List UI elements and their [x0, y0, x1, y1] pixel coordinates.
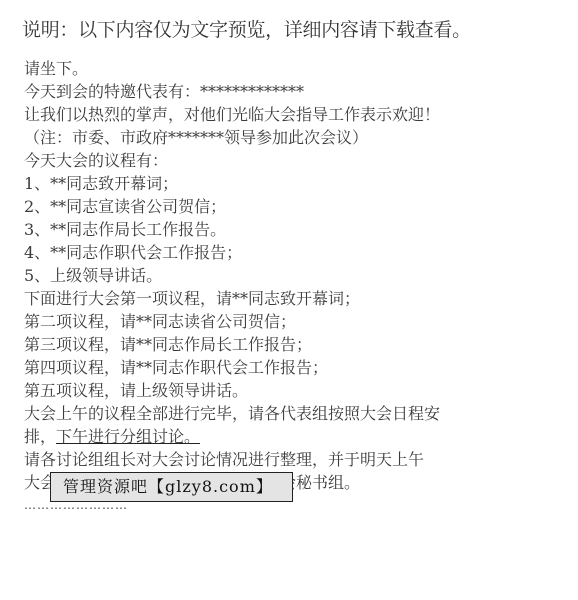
- agenda-item: 1、**同志致开幕词；: [24, 172, 554, 195]
- doc-line: 第三项议程，请**同志作局长工作报告；: [24, 333, 554, 356]
- doc-line: 请坐下。: [24, 57, 554, 80]
- doc-line: 下面进行大会第一项议程，请**同志致开幕词；: [24, 287, 554, 310]
- preview-notice: 说明：以下内容仅为文字预览，详细内容请下载查看。: [22, 16, 471, 44]
- agenda-item: 4、**同志作职代会工作报告；: [24, 241, 554, 264]
- agenda-item: 2、**同志宣读省公司贺信；: [24, 195, 554, 218]
- doc-line: 今天大会的议程有：: [24, 149, 554, 172]
- doc-line: 排，下午进行分组讨论。: [24, 425, 554, 448]
- doc-line: 让我们以热烈的掌声，对他们光临大会指导工作表示欢迎！: [24, 103, 554, 126]
- doc-line: 今天到会的特邀代表有：*************: [24, 80, 554, 103]
- doc-line-underlined: 下午进行分组讨论。: [56, 427, 200, 446]
- doc-line: （注：市委、市政府*******领导参加此次会议）: [24, 126, 554, 149]
- doc-line: 第五项议程，请上级领导讲话。: [24, 379, 554, 402]
- doc-line-prefix: 排，: [24, 427, 56, 446]
- doc-line: 请各讨论组组长对大会讨论情况进行整理，并于明天上午: [24, 448, 554, 471]
- doc-line: 大会上午的议程全部进行完毕，请各代表组按照大会日程安: [24, 402, 554, 425]
- watermark-banner: 管理资源吧【glzy8.com】: [50, 472, 293, 502]
- agenda-item: 3、**同志作局长工作报告。: [24, 218, 554, 241]
- document-body: 请坐下。 今天到会的特邀代表有：************* 让我们以热烈的掌声，…: [24, 57, 554, 517]
- doc-line: 第四项议程，请**同志作职代会工作报告；: [24, 356, 554, 379]
- agenda-item: 5、上级领导讲话。: [24, 264, 554, 287]
- doc-line: 第二项议程，请**同志读省公司贺信；: [24, 310, 554, 333]
